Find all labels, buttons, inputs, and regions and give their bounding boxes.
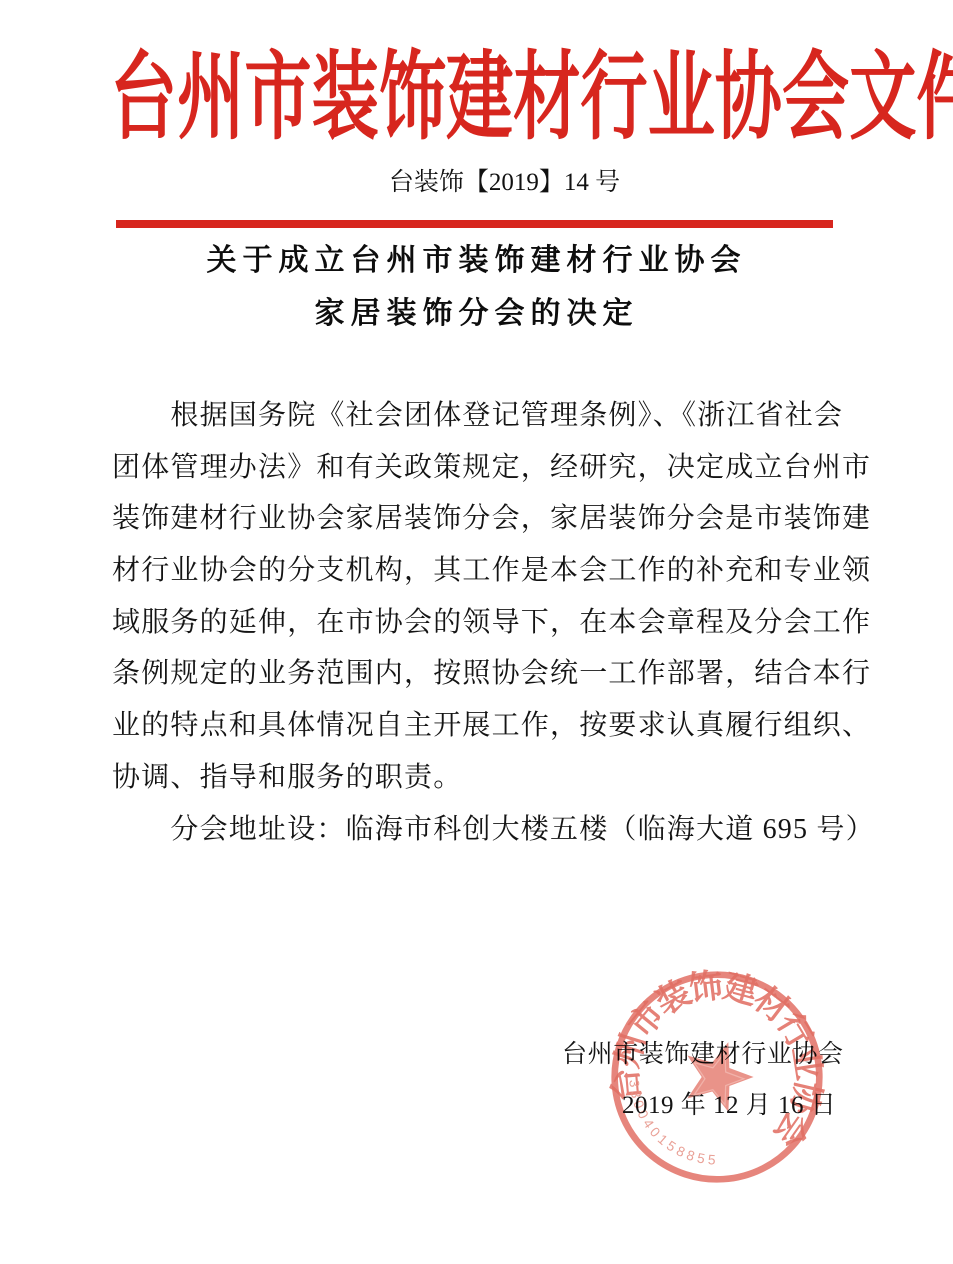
body-line: 材行业协会的分支机构，其工作是本会工作的补充和专业领: [112, 545, 848, 597]
body-line: 域服务的延伸，在市协会的领导下，在本会章程及分会工作: [112, 597, 848, 649]
document-page: 台州市装饰建材行业协会文件 台装饰【2019】14 号 关于成立台州市装饰建材行…: [0, 0, 953, 1264]
red-rule-divider: [116, 220, 833, 228]
masthead: 台州市装饰建材行业协会文件: [110, 36, 855, 160]
body-line: 根据国务院《社会团体登记管理条例》、《浙江省社会: [112, 390, 848, 442]
seal-star-icon: [675, 1031, 762, 1116]
body-paragraphs: 根据国务院《社会团体登记管理条例》、《浙江省社会 团体管理办法》和有关政策规定，…: [112, 390, 848, 855]
body-line: 团体管理办法》和有关政策规定，经研究，决定成立台州市: [112, 442, 848, 494]
body-line: 条例规定的业务范围内，按照协会统一工作部署，结合本行: [112, 648, 848, 700]
official-seal: 台州市装饰建材行业协会 330040158855: [576, 936, 858, 1218]
body-line-address: 分会地址设：临海市科创大楼五楼（临海大道 695 号）: [112, 804, 848, 856]
masthead-title: 台州市装饰建材行业协会文件: [110, 36, 953, 160]
doc-number: 台装饰【2019】14 号: [0, 166, 953, 200]
body-line: 协调、指导和服务的职责。: [112, 752, 848, 804]
document-title-line-2: 家居装饰分会的决定: [0, 296, 953, 332]
body-line: 装饰建材行业协会家居装饰分会，家居装饰分会是市装饰建: [112, 493, 848, 545]
document-title-line-1: 关于成立台州市装饰建材行业协会: [0, 243, 953, 279]
body-line: 业的特点和具体情况自主开展工作，按要求认真履行组织、: [112, 700, 848, 752]
